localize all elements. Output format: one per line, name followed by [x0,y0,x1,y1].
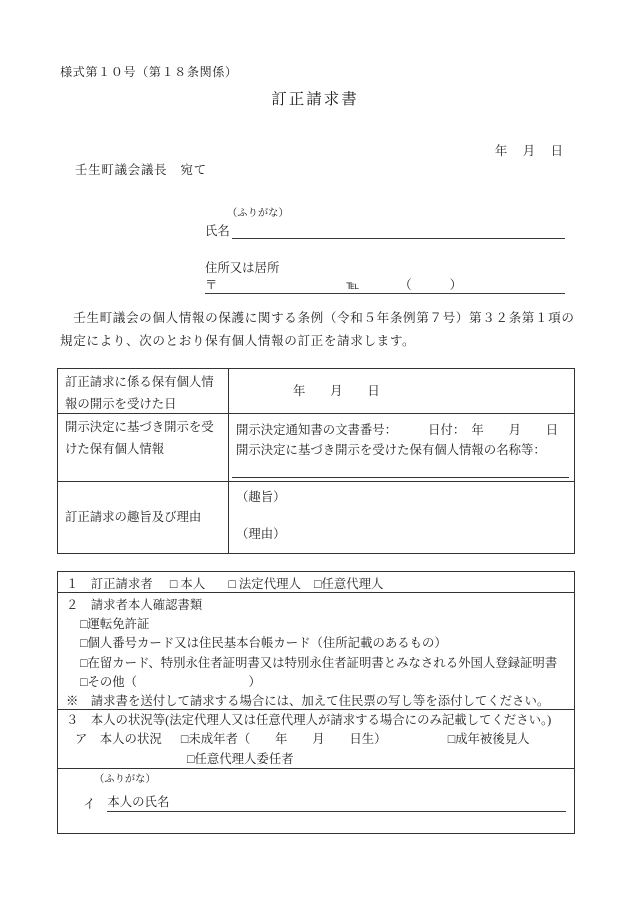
principal-name-blank-line[interactable]: 本人の氏名 [107,792,566,812]
name-label: 氏名 [205,221,230,239]
identity-docs-title: ２ 請求者本人確認書類 [66,596,574,615]
purpose-label: （趣旨） [236,487,568,505]
info-name-blank-line[interactable] [232,477,569,478]
tel-paren-open: （ [399,275,411,293]
checkbox-voluntary-representative[interactable]: □任意代理人 [314,577,383,591]
principal-name-prefix: イ [83,794,95,812]
checkbox-other[interactable]: □その他（ ） [80,673,574,692]
postal-mark: 〒 [205,275,217,293]
checkbox-legal-representative[interactable]: □ 法定代理人 [228,577,301,591]
t1-row3-label: 訂正請求の趣旨及び理由 [58,482,229,553]
reason-label: （理由） [236,524,568,542]
table-row: （ふりがな） イ 本人の氏名 [58,769,574,833]
mailing-note: ※ 請求書を送付して請求する場合には、加えて住民票の写し等を添付してください。 [66,692,574,711]
name-field-row: 氏名 [205,220,565,239]
t1-row1-label: 訂正請求に係る保有個人情報の開示を受けた日 [58,369,229,413]
checkbox-minor[interactable]: □未成年者（ 年 月 日生） [181,732,387,746]
table-row: ３ 本人の状況等(法定代理人又は任意代理人が請求する場合にのみ記載してください。… [58,710,574,769]
checkbox-adult-ward[interactable]: □成年被後見人 [448,732,530,746]
doc-number-line: 開示決定通知書の文書番号： 日付： 年 月 日 [236,420,568,440]
principal-status-sublabel: ア 本人の状況 [75,732,162,746]
t1-row2-value: 開示決定通知書の文書番号： 日付： 年 月 日 開示決定に基づき開示を受けた保有… [229,414,574,481]
table-row: １ 訂正請求者 □ 本人 □ 法定代理人 □任意代理人 [58,572,574,593]
requester-label: １ 訂正請求者 [66,577,153,591]
table-row: 訂正請求に係る保有個人情報の開示を受けた日 年 月 日 [58,369,574,414]
intro-line-2: 規定により、次のとおり保有個人情報の訂正を請求します。 [60,330,576,353]
t1-row2-label: 開示決定に基づき開示を受けた保有個人情報 [58,414,229,481]
checkbox-voluntary-agent-delegator[interactable]: □任意代理人委任者 [187,752,294,766]
addressee-line: 壬生町議会議長 宛て [75,160,207,178]
intro-paragraph: 壬生町議会の個人情報の保護に関する条例（令和５年条例第７号）第３２条第１項の 規… [60,307,576,352]
address-field-row[interactable]: 〒 ℡ （ ） [205,274,565,294]
info-name-line: 開示決定に基づき開示を受けた保有個人情報の名称等： [236,440,568,460]
table-row: 開示決定に基づき開示を受けた保有個人情報 開示決定通知書の文書番号： 日付： 年… [58,414,574,482]
principal-name-label: 本人の氏名 [107,795,169,809]
furigana-label: （ふりがな） [227,204,289,219]
document-title: 訂正請求書 [0,87,630,109]
name-blank-line[interactable] [232,220,565,239]
tel-label: ℡ [346,278,359,293]
principal-name-row: イ 本人の氏名 [83,792,566,812]
checkbox-my-number-card[interactable]: □個人番号カード又は住民基本台帳カード（住所記載のあるもの） [80,634,574,653]
document-page: { "header": { "form_number": "様式第１０号（第１８… [0,0,630,903]
principal-status-title: ３ 本人の状況等(法定代理人又は任意代理人が請求する場合にのみ記載してください。… [66,711,574,730]
checkbox-self[interactable]: □ 本人 [170,577,205,591]
t1-row1-date-value: 年 月 日 [229,369,574,413]
checkbox-residence-card[interactable]: □在留カード、特別永住者証明書又は特別永住者証明書とみなされる外国人登録証明書 [80,654,574,673]
table-row: 訂正請求の趣旨及び理由 （趣旨） （理由） [58,482,574,553]
table-row: ２ 請求者本人確認書類 □運転免許証 □個人番号カード又は住民基本台帳カード（住… [58,593,574,710]
t1-row3-value: （趣旨） （理由） [229,482,574,553]
checkbox-drivers-license[interactable]: □運転免許証 [80,615,574,634]
header-date-line: 年 月 日 [495,141,563,159]
furigana-label-2: （ふりがな） [94,772,574,788]
disclosure-info-table: 訂正請求に係る保有個人情報の開示を受けた日 年 月 日 開示決定に基づき開示を受… [57,368,575,554]
requester-details-table: １ 訂正請求者 □ 本人 □ 法定代理人 □任意代理人 ２ 請求者本人確認書類 … [57,571,575,834]
intro-line-1: 壬生町議会の個人情報の保護に関する条例（令和５年条例第７号）第３２条第１項の [60,307,576,330]
form-number: 様式第１０号（第１８条関係） [60,63,238,80]
tel-paren-close: ） [450,275,462,293]
